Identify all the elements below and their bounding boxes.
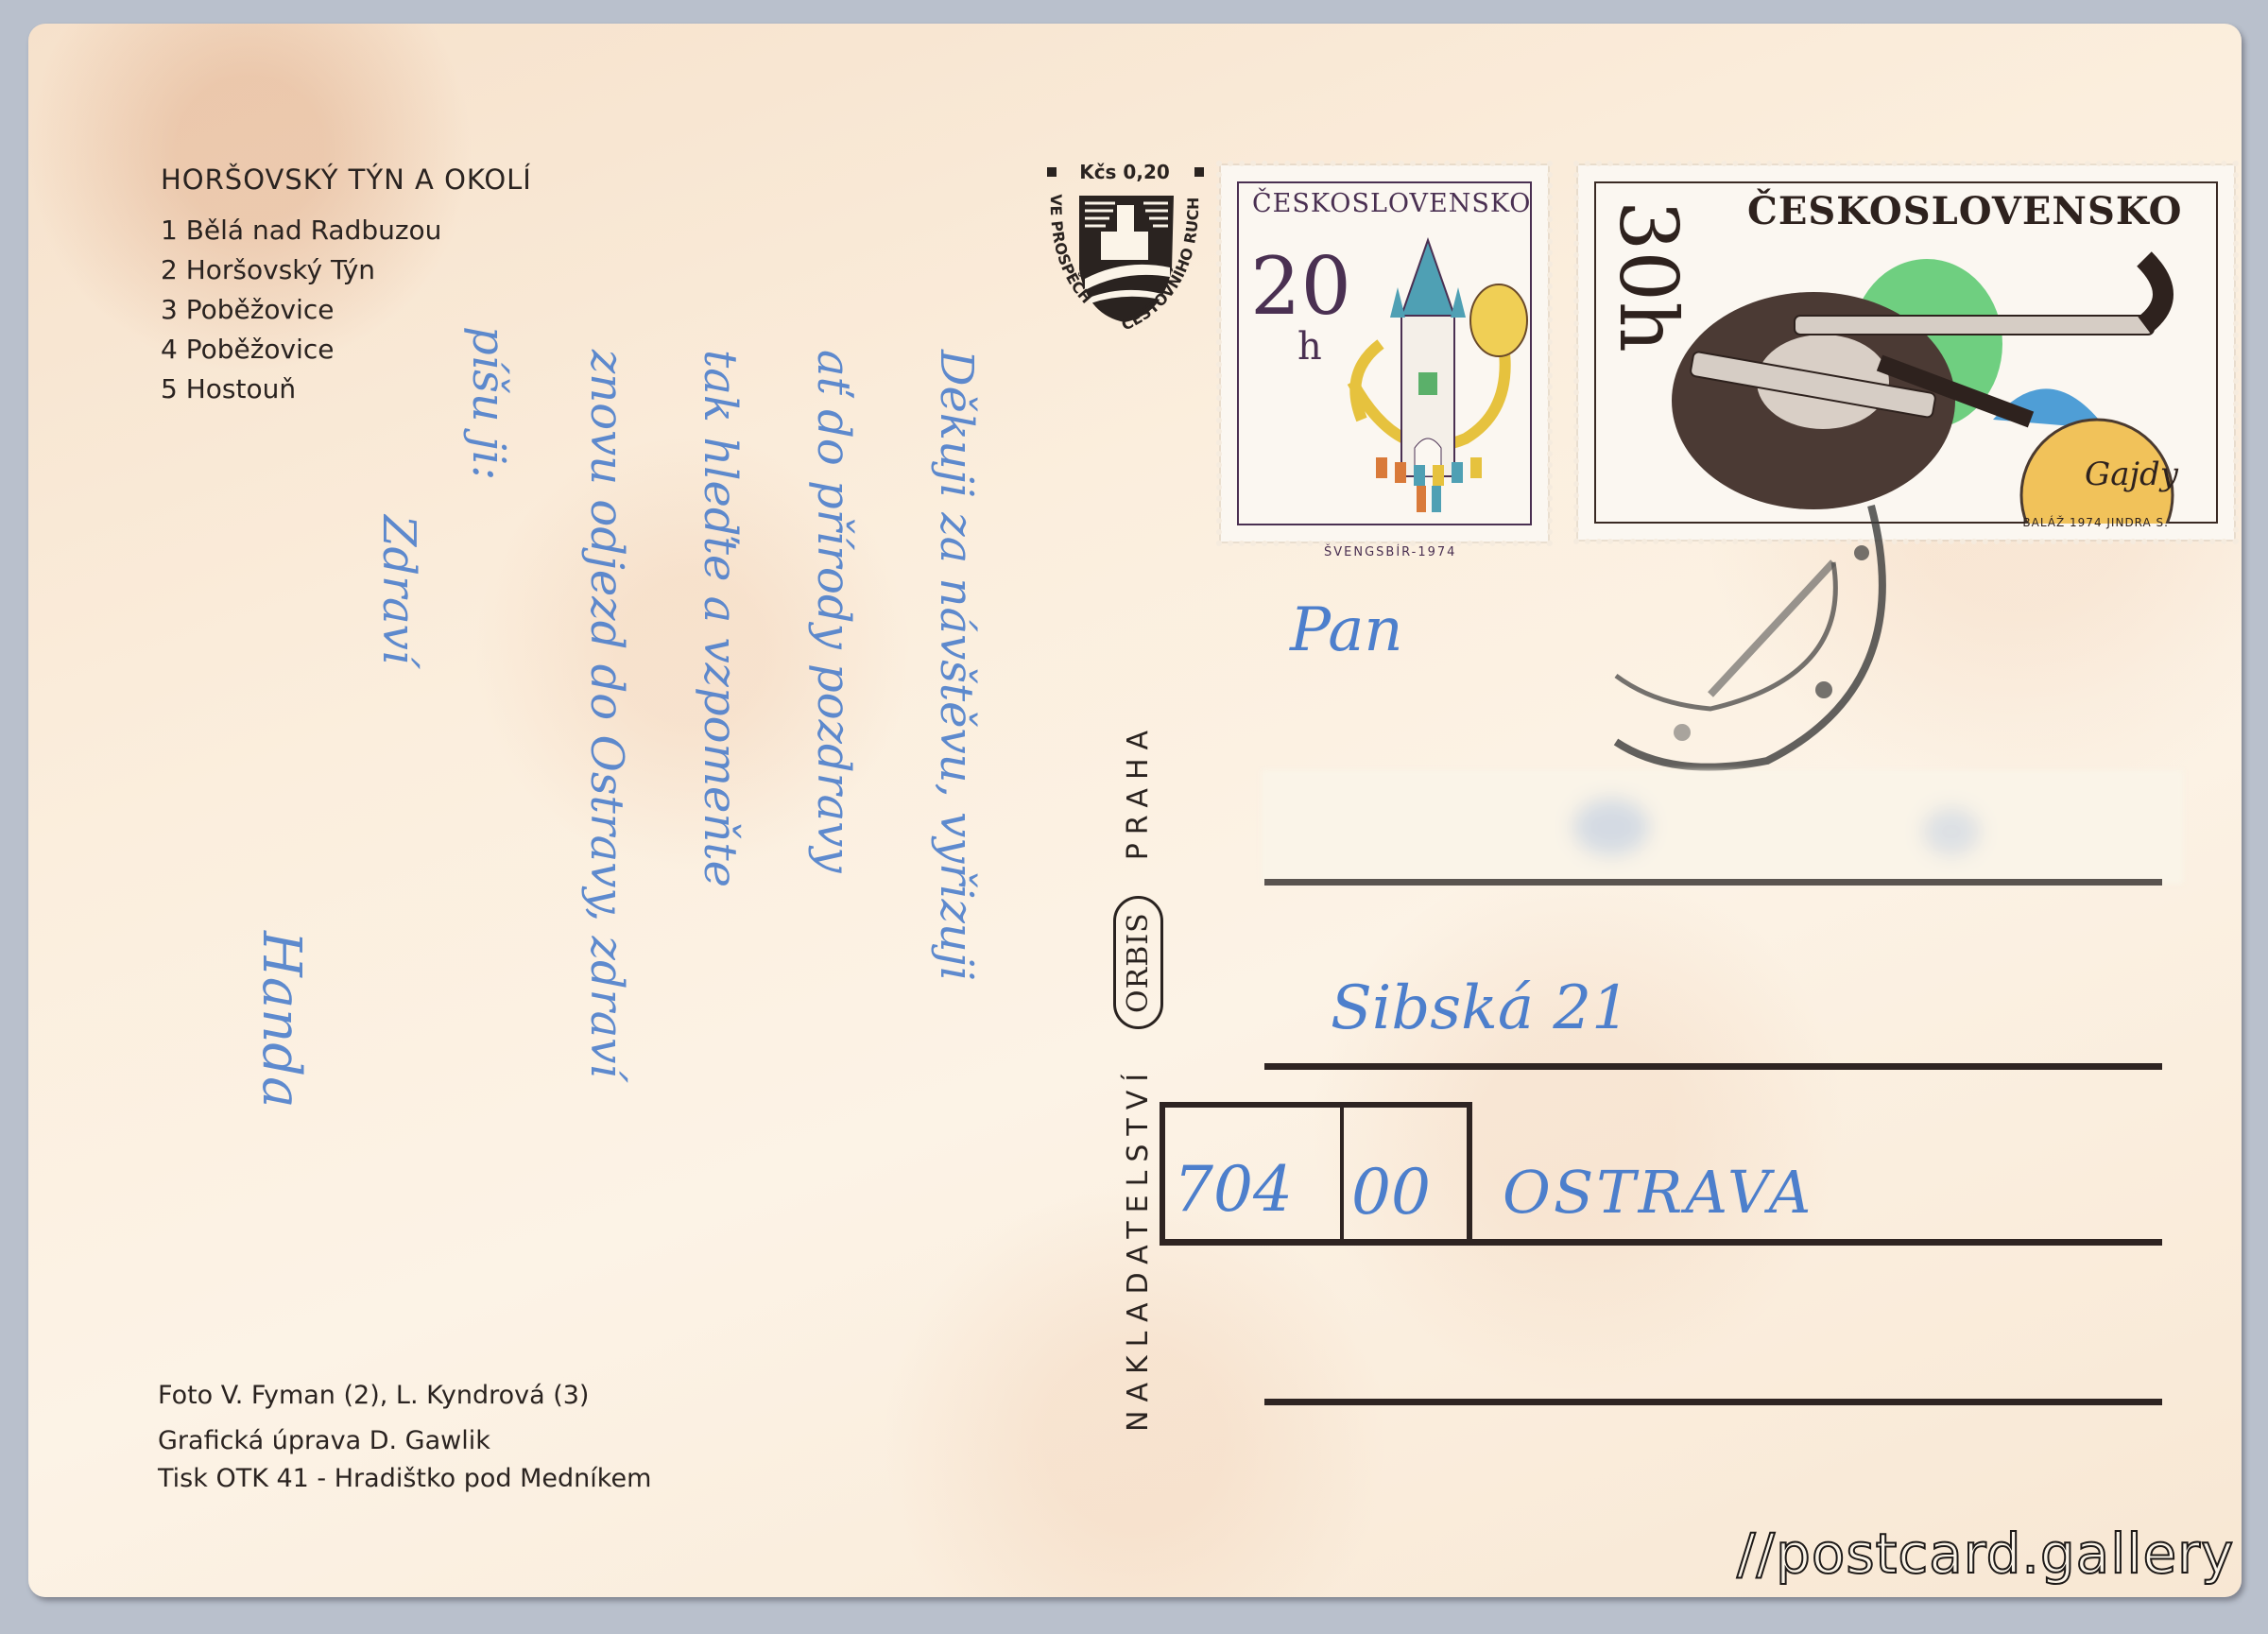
postal-code-divider xyxy=(1340,1108,1344,1245)
publisher-prefix: NAKLADATELSTVÍ xyxy=(1122,1065,1155,1432)
address-salutation: Pan xyxy=(1290,595,1403,665)
stamp-signature: Gajdy xyxy=(2085,456,2178,493)
svg-text:Kčs 0,20: Kčs 0,20 xyxy=(1079,161,1170,183)
location-item: 5 Hostouň xyxy=(161,370,441,409)
location-item: 2 Horšovský Týn xyxy=(161,250,441,290)
stamp-unit: h xyxy=(1297,325,1322,369)
message-line: znovu odjezd do Ostravy, zdraví xyxy=(580,350,633,1078)
stamp-country: ČESKOSLOVENSKO xyxy=(1747,189,2182,233)
address-street: Sibská 21 xyxy=(1331,973,1630,1043)
message-line: tak hleďte a vzpomeňte xyxy=(694,350,747,887)
stamp-designer-credit: ŠVENGSBÍR-1974 xyxy=(1324,545,1456,559)
message-line: píšu ji: xyxy=(462,326,515,480)
card-title: HORŠOVSKÝ TÝN A OKOLÍ xyxy=(161,163,532,196)
address-line-3 xyxy=(1160,1239,2162,1246)
print-credits: Foto V. Fyman (2), L. Kyndrová (3) Grafi… xyxy=(158,1377,651,1498)
postmark-icon xyxy=(1578,477,1918,780)
photo-credit: Foto V. Fyman (2), L. Kyndrová (3) xyxy=(158,1377,651,1415)
stamp-country: ČESKOSLOVENSKO xyxy=(1252,189,1531,218)
publisher-imprint: NAKLADATELSTVÍ ORBIS PRAHA xyxy=(1113,722,1163,1432)
message-line: Zdraví xyxy=(372,515,425,664)
tourism-tax-stamp-icon: Kčs 0,20 VE PROSPĚCH CESTOVNÍHO RUCHU xyxy=(1030,156,1219,345)
address-line-1 xyxy=(1264,879,2162,886)
postal-code-part2: 00 xyxy=(1351,1156,1431,1229)
location-item: 4 Poběžovice xyxy=(161,330,441,370)
photo-locations-list: 1 Bělá nad Radbuzou 2 Horšovský Týn 3 Po… xyxy=(161,211,441,409)
message-line: Děkuji za návštěvu, vyřizuji xyxy=(930,350,983,981)
postage-stamp-20h: ČESKOSLOVENSKO 20 h ŠVENGSBÍR-1974 xyxy=(1221,165,1548,542)
address-line-2 xyxy=(1264,1063,2162,1070)
address-city: OSTRAVA xyxy=(1503,1158,1813,1227)
signature: Handa xyxy=(250,931,312,1109)
orbis-logo: ORBIS xyxy=(1113,896,1163,1029)
postal-code-part1: 704 xyxy=(1174,1153,1293,1226)
watermark: //postcard.gallery xyxy=(1737,1522,2234,1586)
message-line: ať do přírody pozdravy xyxy=(807,350,860,872)
publisher-city: PRAHA xyxy=(1122,722,1155,860)
post-horn-tower-icon xyxy=(1324,231,1532,514)
print-credit: Tisk OTK 41 - Hradištko pod Medníkem xyxy=(158,1460,651,1498)
redacted-recipient-name xyxy=(1262,770,2183,884)
location-item: 3 Poběžovice xyxy=(161,290,441,330)
stamp-designer-credit: BALÁŽ 1974 JINDRA S. xyxy=(2022,516,2169,529)
address-line-4 xyxy=(1264,1399,2162,1405)
location-item: 1 Bělá nad Radbuzou xyxy=(161,211,441,250)
design-credit: Grafická úprava D. Gawlik xyxy=(158,1422,651,1460)
postcard-back: HORŠOVSKÝ TÝN A OKOLÍ 1 Bělá nad Radbuzo… xyxy=(28,24,2242,1597)
